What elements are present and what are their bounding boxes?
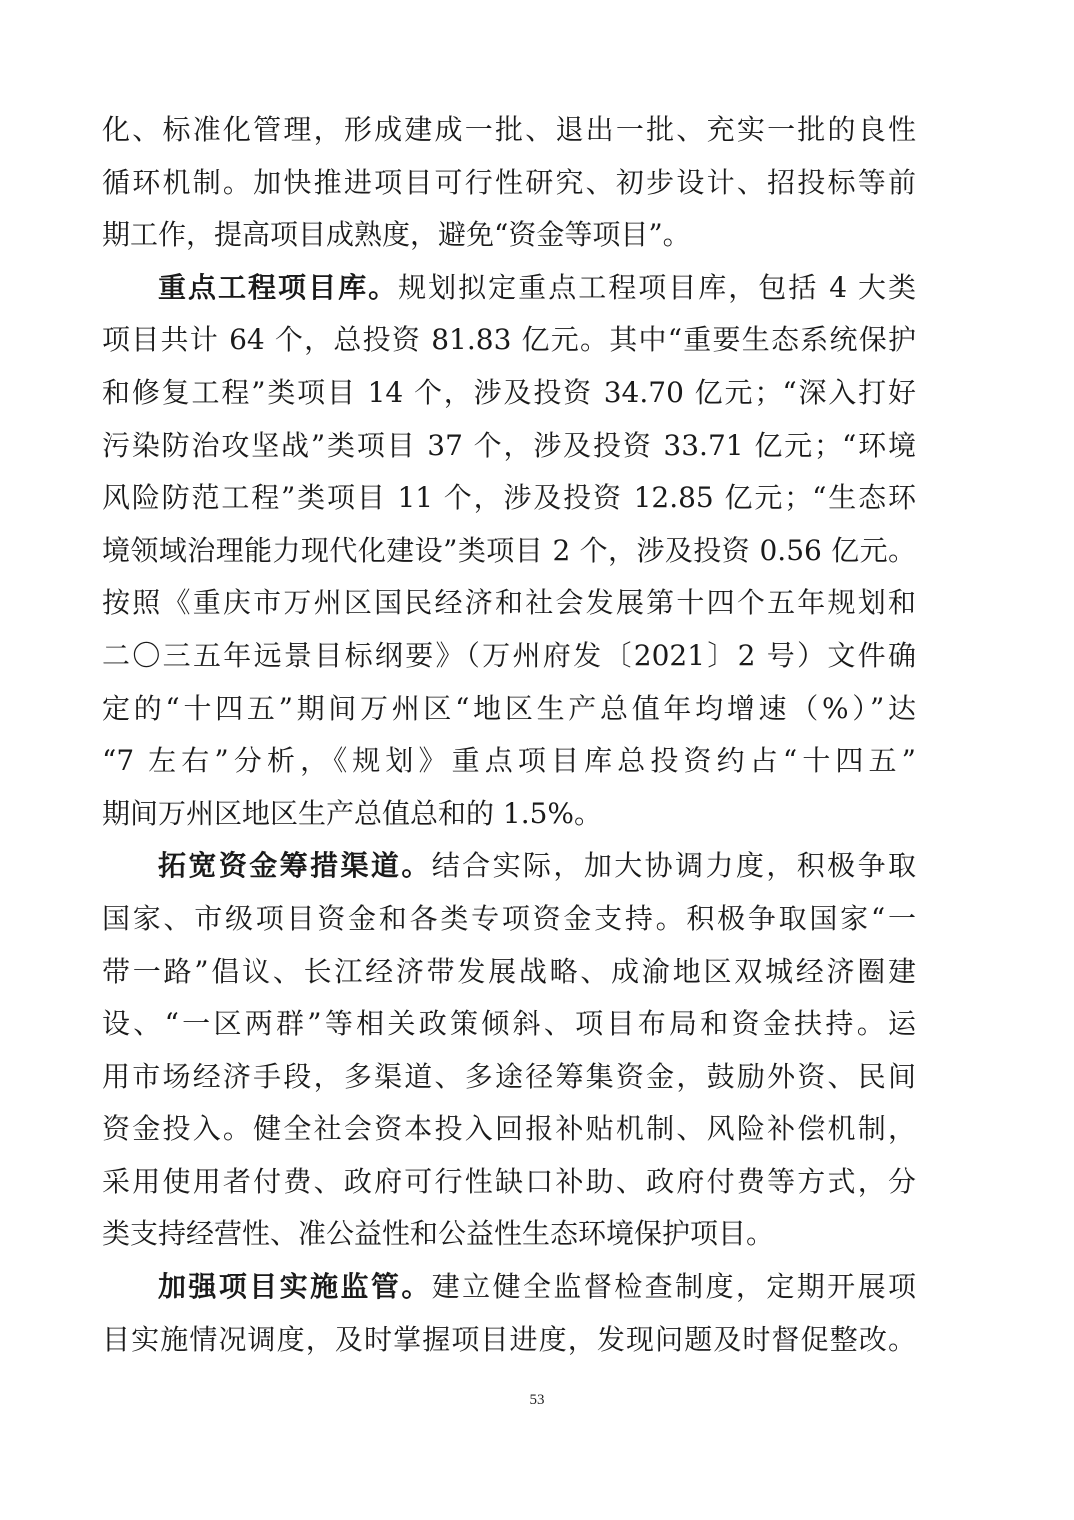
paragraph-heading: 拓宽资金筹措渠道。 — [158, 849, 432, 882]
text-line: 定的“十四五”期间万州区“地区生产总值年均增速（%）”达 — [102, 683, 916, 736]
text-line: 带一路”倡议、长江经济带发展战略、成渝地区双城经济圈建 — [102, 946, 916, 999]
text-line: 化、标准化管理，形成建成一批、退出一批、充实一批的良性 — [102, 104, 916, 157]
text-line: 和修复工程”类项目 14 个，涉及投资 34.70 亿元；“深入打好 — [102, 367, 916, 420]
text-line: “7 左右”分析，《规划》重点项目库总投资约占“十四五” — [102, 735, 916, 788]
paragraph-standardized-management: 化、标准化管理，形成建成一批、退出一批、充实一批的良性 循环机制。加快推进项目可… — [102, 104, 916, 262]
text-line: 目实施情况调度，及时掌握项目进度，发现问题及时督促整改。 — [102, 1314, 916, 1367]
paragraph-heading: 加强项目实施监管。 — [158, 1270, 432, 1303]
text-line: 项目共计 64 个，总投资 81.83 亿元。其中“重要生态系统保护 — [102, 314, 916, 367]
text-line: 期工作，提高项目成熟度，避免“资金等项目”。 — [102, 209, 916, 262]
document-page: 化、标准化管理，形成建成一批、退出一批、充实一批的良性 循环机制。加快推进项目可… — [102, 104, 916, 1366]
paragraph-funding-channels: 拓宽资金筹措渠道。结合实际，加大协调力度，积极争取 国家、市级项目资金和各类专项… — [102, 840, 916, 1261]
text-line: 资金投入。健全社会资本投入回报补贴机制、风险补偿机制， — [102, 1103, 916, 1156]
page-number: 53 — [0, 1392, 1074, 1409]
paragraph-implementation-supervision: 加强项目实施监管。建立健全监督检查制度，定期开展项 目实施情况调度，及时掌握项目… — [102, 1261, 916, 1366]
text-line: 采用使用者付费、政府可行性缺口补助、政府付费等方式，分 — [102, 1156, 916, 1209]
text-line: 污染防治攻坚战”类项目 37 个，涉及投资 33.71 亿元；“环境 — [102, 420, 916, 473]
text-line: 风险防范工程”类项目 11 个，涉及投资 12.85 亿元；“生态环 — [102, 472, 916, 525]
text-line: 循环机制。加快推进项目可行性研究、初步设计、招投标等前 — [102, 157, 916, 210]
text-line: 期间万州区地区生产总值总和的 1.5%。 — [102, 788, 916, 841]
text-line: 按照《重庆市万州区国民经济和社会发展第十四个五年规划和 — [102, 577, 916, 630]
text-line: 拓宽资金筹措渠道。结合实际，加大协调力度，积极争取 — [102, 840, 916, 893]
text-line: 设、“一区两群”等相关政策倾斜、项目布局和资金扶持。运 — [102, 998, 916, 1051]
text-line: 境领域治理能力现代化建设”类项目 2 个，涉及投资 0.56 亿元。 — [102, 525, 916, 578]
paragraph-heading: 重点工程项目库。 — [158, 271, 398, 304]
text-line: 加强项目实施监管。建立健全监督检查制度，定期开展项 — [102, 1261, 916, 1314]
text-line: 二〇三五年远景目标纲要》（万州府发〔2021〕2 号）文件确 — [102, 630, 916, 683]
text-line: 国家、市级项目资金和各类专项资金支持。积极争取国家“一 — [102, 893, 916, 946]
text-line: 重点工程项目库。规划拟定重点工程项目库，包括 4 大类 — [102, 262, 916, 315]
text-line: 类支持经营性、准公益性和公益性生态环境保护项目。 — [102, 1208, 916, 1261]
paragraph-key-project-library: 重点工程项目库。规划拟定重点工程项目库，包括 4 大类 项目共计 64 个，总投… — [102, 262, 916, 841]
text-line: 用市场经济手段，多渠道、多途径筹集资金，鼓励外资、民间 — [102, 1051, 916, 1104]
